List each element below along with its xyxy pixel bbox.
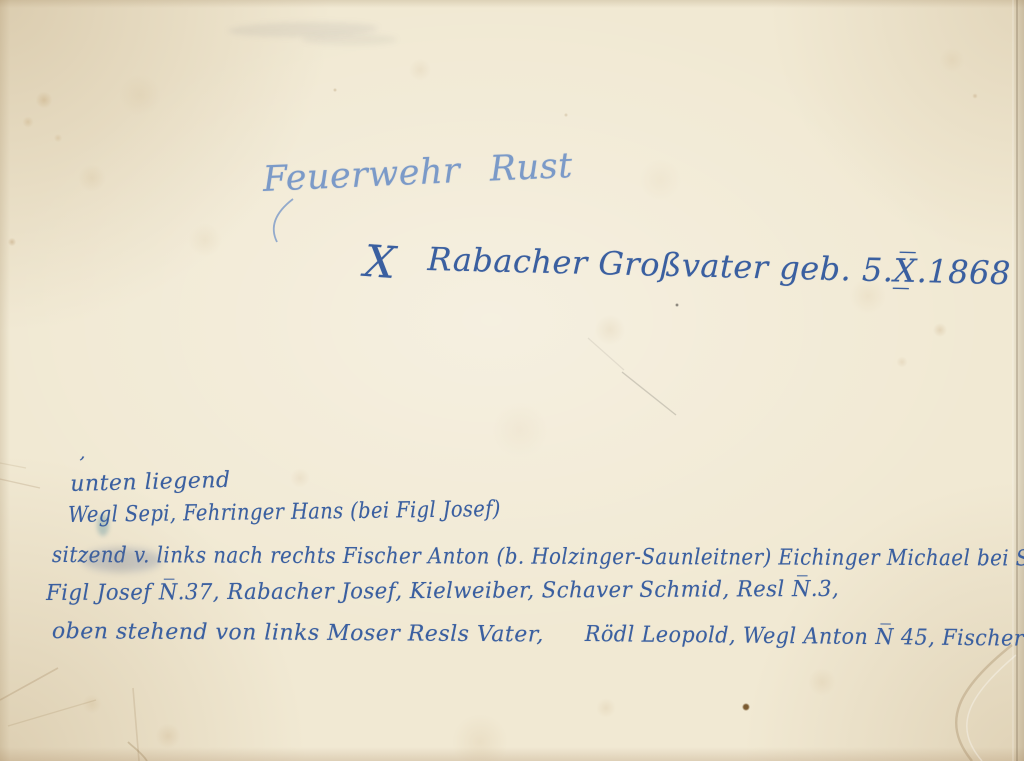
crease-left-middle-2 (0, 463, 26, 468)
photo-back-scan: Feuerwehr Rust X Rabacher Großvater geb.… (0, 0, 1024, 761)
crease-left-middle-1 (0, 479, 40, 488)
caption-line-4: Figl Josef N̅.37, Rabacher Josef, Kielwe… (46, 577, 839, 606)
caption-line-5a: oben stehend von links Moser Resls Vater… (52, 619, 544, 647)
crease-bottom-left-2 (8, 700, 96, 726)
crease-bottom-left-1 (0, 668, 58, 700)
caption-line-5b: Rödl Leopold, Wegl Anton N̅ 45, Fischer … (585, 622, 1024, 653)
crease-bottom-left-3 (133, 688, 139, 761)
ink-ghost-smudge-2 (302, 34, 397, 45)
scratch-center (622, 372, 676, 415)
caption-line-3: sitzend v. links nach rechts Fischer Ant… (52, 543, 1024, 572)
crease-bottom-right-highlight (967, 655, 1016, 761)
crease-bottom-left-4 (128, 742, 147, 761)
scratch-center-2 (588, 338, 624, 370)
crease-bottom-right (956, 645, 1012, 761)
top-annotation-line1: Feuerwehr Rust (262, 146, 574, 200)
pen-flourish-stroke (274, 199, 293, 242)
x-mark: X (362, 236, 397, 289)
caption-line-1: unten liegend (70, 468, 231, 497)
ink-ghost-smudge (228, 21, 378, 39)
caption-line-2: Wegl Sepi, Fehringer Hans (bei Figl Jose… (68, 497, 501, 528)
top-annotation-line2: Rabacher Großvater geb. 5.X̲̅.1868 (427, 240, 1011, 292)
